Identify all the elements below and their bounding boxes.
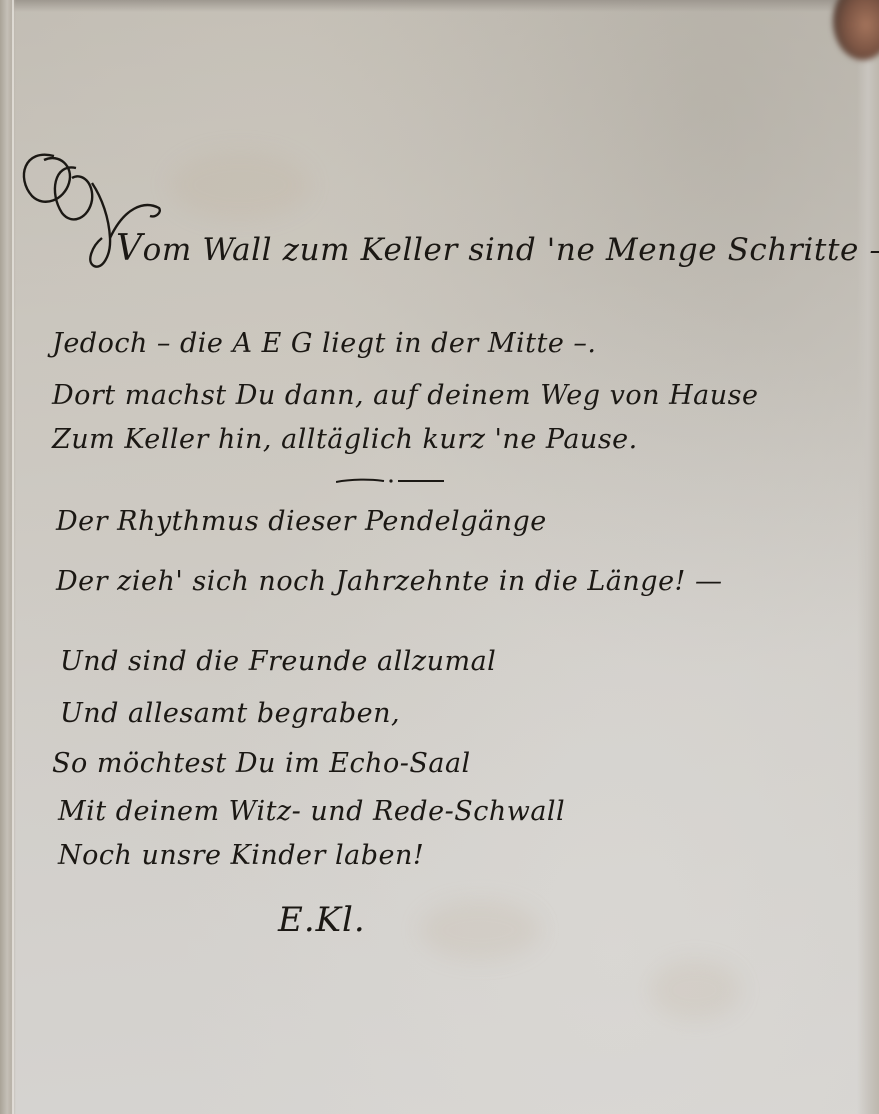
stanza3-line4: Mit deinem Witz- und Rede-Schwall xyxy=(58,796,565,827)
stanza3-line1: Und sind die Freunde allzumal xyxy=(60,646,496,677)
signature: E.Kl. xyxy=(278,900,366,940)
title-line: Vom Wall zum Keller sind 'ne Menge Schri… xyxy=(116,228,879,269)
stanza-divider xyxy=(336,477,444,485)
stanza3-line3: So möchtest Du im Echo-Saal xyxy=(52,748,471,779)
title-text: om Wall zum Keller sind 'ne Menge Schrit… xyxy=(143,232,879,268)
stanza3-line2: Und allesamt begraben, xyxy=(60,698,400,729)
paper-sheet: Vom Wall zum Keller sind 'ne Menge Schri… xyxy=(0,0,879,1114)
stanza2-line1: Der Rhythmus dieser Pendelgänge xyxy=(56,506,547,537)
stanza1-line2: Dort machst Du dann, auf deinem Weg von … xyxy=(52,380,758,411)
stanza1-line1: Jedoch – die A E G liegt in der Mitte –. xyxy=(52,328,596,359)
stanza3-line5: Noch unsre Kinder laben! xyxy=(58,840,424,871)
poem: Vom Wall zum Keller sind 'ne Menge Schri… xyxy=(0,0,879,1114)
stanza1-line3: Zum Keller hin, alltäglich kurz 'ne Paus… xyxy=(52,424,638,455)
stanza2-line2: Der zieh' sich noch Jahrzehnte in die Lä… xyxy=(56,566,722,597)
title-drop-cap: V xyxy=(116,228,143,269)
